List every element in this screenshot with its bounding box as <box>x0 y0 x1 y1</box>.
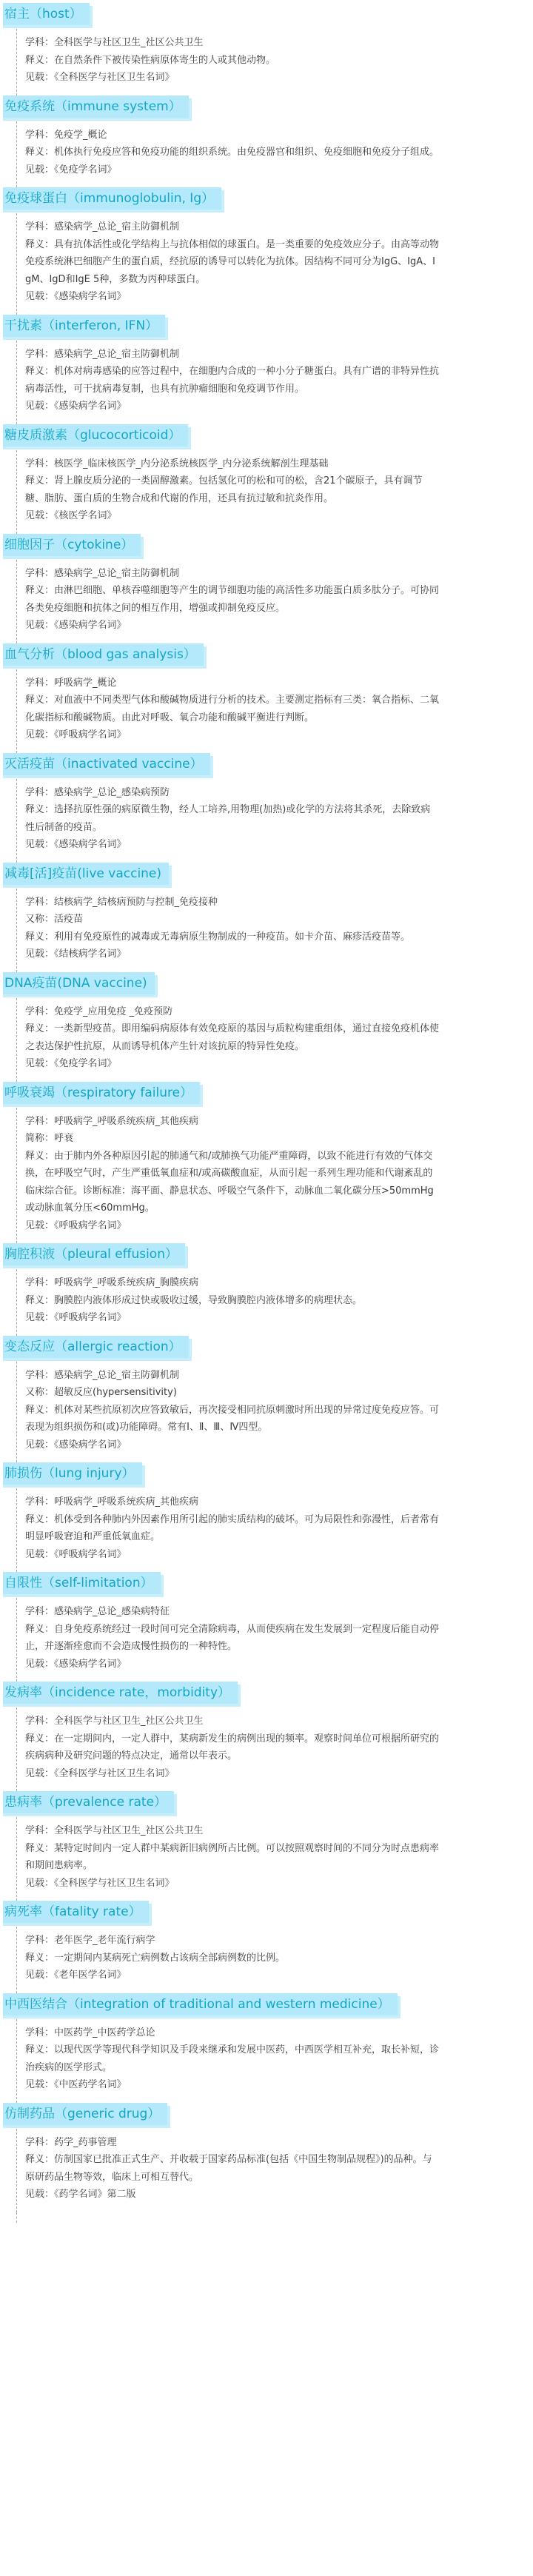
definition-line-label: 释义： <box>25 147 54 158</box>
definition-line: 释义：机体对病毒感染的应答过程中，在细胞内合成的一种小分子糖蛋白。具有广谱的非特… <box>25 363 440 398</box>
entry-body: 学科：感染病学_总论_宿主防御机制释义：具有抗体活性或化学结构上与抗体相似的球蛋… <box>16 210 533 315</box>
definition-line-label: 释义： <box>25 2154 54 2165</box>
source-line-value: 《感染病学名词》 <box>54 1439 127 1451</box>
term-highlight: DNA疫苗(DNA vaccine) <box>3 972 155 994</box>
source-line: 见载：《结核病学名词》 <box>25 946 440 963</box>
subject-line-label: 学科： <box>25 678 54 689</box>
source-line-label: 见载： <box>25 1439 54 1451</box>
definition-line: 释义：以现代医学等现代科学知识及手段来继承和发展中医药，中西医学相互补充，取长补… <box>25 2041 440 2076</box>
subject-line-label: 学科： <box>25 1370 54 1381</box>
subject-line: 学科：免疫学_应用免疫 _免疫预防 <box>25 1003 440 1021</box>
subject-line-value: 呼吸病学_呼吸系统疾病_其他疾病 <box>54 1116 198 1127</box>
definition-line-value: 由淋巴细胞、单核吞噬细胞等产生的调节细胞功能的高活性多功能蛋白质多肽分子。可协同… <box>25 585 439 614</box>
definition-line: 释义：一定期间内某病死亡病例数占该病全部病例数的比例。 <box>25 1950 440 1967</box>
subject-line-label: 学科： <box>25 1277 54 1288</box>
definition-line-label: 释义： <box>25 1295 54 1306</box>
subject-line-label: 学科： <box>25 349 54 360</box>
subject-line-label: 学科： <box>25 1935 54 1946</box>
term-heading[interactable]: 减毒[活]疫苗(live vaccine) <box>3 863 169 885</box>
definition-line-label: 释义： <box>25 1514 54 1525</box>
term-heading[interactable]: 患病率（prevalence rate） <box>3 1791 174 1813</box>
source-line-label: 见载： <box>25 72 54 83</box>
source-line: 见载：《感染病学名词》 <box>25 617 440 635</box>
subject-line: 学科：中医药学_中医药学总论 <box>25 2024 440 2042</box>
source-line-value: 《中医药学名词》 <box>54 2079 127 2090</box>
definition-line: 释义：利用有免疫原性的减毒或无毒病原生物制成的一种疫苗。如卡介苗、麻疹活疫苗等。 <box>25 929 440 946</box>
entry-body: 学科：药学_药事管理释义：仿制国家已批准正式生产、并收载于国家药品标准(包括《中… <box>16 2125 533 2212</box>
subject-line-value: 全科医学与社区卫生_社区公共卫生 <box>54 1716 204 1727</box>
term-heading[interactable]: 宿主（host） <box>3 3 90 25</box>
term-heading[interactable]: 糖皮质激素（glucocorticoid） <box>3 424 188 446</box>
subject-line-label: 学科： <box>25 1825 54 1836</box>
source-line-label: 见载： <box>25 510 54 521</box>
source-line-label: 见载： <box>25 1549 54 1560</box>
source-line-label: 见载： <box>25 2189 54 2200</box>
source-line-label: 见载： <box>25 164 54 175</box>
source-line-value: 《全科医学与社区卫生名词》 <box>54 1768 175 1779</box>
definition-line: 释义：自身免疫系统经过一段时间可完全清除病毒，从而使疾病在发生发展到一定程度后能… <box>25 1621 440 1656</box>
term-heading[interactable]: 呼吸衰竭（respiratory failure） <box>3 1082 200 1104</box>
term-highlight: 血气分析（blood gas analysis） <box>3 643 204 666</box>
definition-line-value: 在一定期间内，一定人群中，某病新发生的病例出现的频率。观察时间单位可根据所研究的… <box>25 1733 439 1762</box>
source-line-value: 《呼吸病学名词》 <box>54 729 127 740</box>
subject-line-value: 呼吸病学_呼吸系统疾病_其他疾病 <box>54 1496 198 1508</box>
definition-line-value: 对血液中不同类型气体和酸碱物质进行分析的技术。主要测定指标有三类：氧合指标、二氧… <box>25 695 439 723</box>
abbreviation-line-label: 简称： <box>25 1133 54 1144</box>
subject-line-label: 学科： <box>25 1006 54 1017</box>
subject-line: 学科：感染病学_总论_宿主防御机制 <box>25 565 440 583</box>
subject-line-value: 全科医学与社区卫生_社区公共卫生 <box>54 37 204 48</box>
abbreviation-line: 简称：呼衰 <box>25 1130 440 1148</box>
source-line-value: 《呼吸病学名词》 <box>54 1549 127 1560</box>
source-line-value: 《全科医学与社区卫生名词》 <box>54 1878 175 1889</box>
source-line: 见载：《免疫学名词》 <box>25 1055 440 1073</box>
source-line: 见载：《呼吸病学名词》 <box>25 1309 440 1327</box>
subject-line-label: 学科： <box>25 568 54 579</box>
subject-line-value: 药学_药事管理 <box>54 2137 117 2148</box>
subject-line-value: 老年医学_老年流行病学 <box>54 1935 155 1946</box>
definition-line-label: 释义： <box>25 1953 54 1964</box>
subject-line: 学科：感染病学_总论_宿主防御机制 <box>25 346 440 364</box>
source-line: 见载：《免疫学名词》 <box>25 161 440 179</box>
term-highlight: 自限性（self-limitation） <box>3 1572 161 1594</box>
source-line: 见载：《感染病学名词》 <box>25 398 440 415</box>
glossary-entry: 中西医结合（integration of traditional and wes… <box>0 1993 533 2103</box>
term-highlight: 仿制药品（generic drug） <box>3 2103 167 2125</box>
subject-line-label: 学科： <box>25 130 54 141</box>
source-line: 见载：《中医药学名词》 <box>25 2076 440 2094</box>
alias-line: 又称：活疫苗 <box>25 911 440 929</box>
source-line-label: 见载： <box>25 1970 54 1981</box>
source-line-value: 《免疫学名词》 <box>54 164 117 175</box>
definition-line-label: 释义： <box>25 1151 54 1162</box>
source-line: 见载：《感染病学名词》 <box>25 1436 440 1454</box>
term-heading[interactable]: DNA疫苗(DNA vaccine) <box>3 972 155 994</box>
glossary-entry: 自限性（self-limitation） 学科：感染病学_总论_感染病特征释义：… <box>0 1572 533 1682</box>
source-line-label: 见载： <box>25 620 54 631</box>
definition-line-label: 释义： <box>25 1023 54 1034</box>
definition-line: 释义：某特定时间内一定人群中某病新旧病例所占比例。可以按照观察时间的不同分为时点… <box>25 1840 440 1875</box>
alias-line-value: 超敏反应(hypersensitivity) <box>54 1387 177 1398</box>
subject-line-label: 学科： <box>25 221 54 232</box>
subject-line-label: 学科： <box>25 1716 54 1727</box>
definition-line-value: 一定期间内某病死亡病例数占该病全部病例数的比例。 <box>54 1953 285 1964</box>
source-line-label: 见载： <box>25 729 54 740</box>
subject-line-value: 感染病学_总论_宿主防御机制 <box>54 1370 179 1381</box>
term-heading[interactable]: 发病率（incidence rate，morbidity） <box>3 1682 238 1704</box>
definition-line-label: 释义： <box>25 55 54 66</box>
subject-line-label: 学科： <box>25 897 54 908</box>
glossary-entry: 仿制药品（generic drug） 学科：药学_药事管理释义：仿制国家已批准正… <box>0 2103 533 2212</box>
term-heading[interactable]: 自限性（self-limitation） <box>3 1572 161 1594</box>
definition-line-label: 释义： <box>25 366 54 377</box>
entry-body: 学科：感染病学_总论_感染病预防释义：选择抗原性强的病原微生物，经人工培养,用物… <box>16 775 533 863</box>
alias-line-label: 又称： <box>25 1387 54 1398</box>
definition-line-label: 释义： <box>25 475 54 486</box>
term-highlight: 灭活疫苗（inactivated vaccine） <box>3 753 210 775</box>
definition-line: 释义：机体受到各种肺内外因素作用所引起的肺实质结构的破坏。可为局限性和弥漫性，后… <box>25 1511 440 1546</box>
definition-line: 释义：具有抗体活性或化学结构上与抗体相似的球蛋白。是一类重要的免疫效应分子。由高… <box>25 236 440 289</box>
source-line-label: 见载： <box>25 291 54 302</box>
definition-line-value: 由于肺内外各种原因引起的肺通气和/或肺换气功能严重障碍，以致不能进行有效的气体交… <box>25 1151 434 1214</box>
entry-body: 学科：免疫学_概论释义：机体执行免疫应答和免疫功能的组织系统。由免疫器官和组织、… <box>16 118 533 188</box>
definition-line: 释义：由于肺内外各种原因引起的肺通气和/或肺换气功能严重障碍，以致不能进行有效的… <box>25 1148 440 1217</box>
glossary-entry: 变态反应（allergic reaction） 学科：感染病学_总论_宿主防御机… <box>0 1336 533 1463</box>
entry-body: 学科：全科医学与社区卫生_社区公共卫生释义：在自然条件下被传染性病原体寄生的人或… <box>16 25 533 96</box>
term-heading[interactable]: 灭活疫苗（inactivated vaccine） <box>3 753 210 775</box>
definition-line-label: 释义： <box>25 239 54 250</box>
subject-line: 学科：全科医学与社区卫生_社区公共卫生 <box>25 1713 440 1730</box>
definition-line: 释义：仿制国家已批准正式生产、并收载于国家药品标准(包括《中国生物制品规程》)的… <box>25 2151 440 2186</box>
subject-line-value: 中医药学_中医药学总论 <box>54 2027 155 2038</box>
subject-line-label: 学科： <box>25 37 54 48</box>
source-line: 见载：《全科医学与社区卫生名词》 <box>25 1875 440 1893</box>
definition-line-label: 释义： <box>25 585 54 596</box>
entry-body: 学科：结核病学_结核病预防与控制_免疫接种又称：活疫苗释义：利用有免疫原性的减毒… <box>16 885 533 972</box>
subject-line-value: 感染病学_总论_感染病预防 <box>54 787 170 798</box>
definition-line-value: 一类新型疫苗。即用编码病原体有效免疫原的基因与质粒构建重组体，通过直接免疫机体使… <box>25 1023 439 1052</box>
definition-line: 释义：对血液中不同类型气体和酸碱物质进行分析的技术。主要测定指标有三类：氧合指标… <box>25 692 440 726</box>
subject-line: 学科：核医学_临床核医学_内分泌系统核医学_内分泌系统解剖生理基础 <box>25 455 440 473</box>
subject-line: 学科：药学_药事管理 <box>25 2134 440 2152</box>
term-highlight: 糖皮质激素（glucocorticoid） <box>3 424 188 446</box>
subject-line-value: 全科医学与社区卫生_社区公共卫生 <box>54 1825 204 1836</box>
glossary-entry: 免疫球蛋白（immunoglobulin, Ig） 学科：感染病学_总论_宿主防… <box>0 187 533 315</box>
term-heading[interactable]: 免疫球蛋白（immunoglobulin, Ig） <box>3 187 221 210</box>
subject-line-value: 核医学_临床核医学_内分泌系统核医学_内分泌系统解剖生理基础 <box>54 458 329 469</box>
glossary-page: 宿主（host） 学科：全科医学与社区卫生_社区公共卫生释义：在自然条件下被传染… <box>0 0 533 2252</box>
term-highlight: 干扰素（interferon, IFN） <box>3 315 165 337</box>
subject-line-label: 学科： <box>25 1606 54 1617</box>
subject-line: 学科：呼吸病学_呼吸系统疾病_其他疾病 <box>25 1113 440 1131</box>
definition-line: 释义：胸膜腔内液体形成过快或吸收过缓，导致胸膜腔内液体增多的病理状态。 <box>25 1292 440 1310</box>
definition-line-value: 自身免疫系统经过一段时间可完全清除病毒，从而使疾病在发生发展到一定程度后能自动停… <box>25 1624 439 1653</box>
entry-body: 学科：呼吸病学_呼吸系统疾病_其他疾病简称：呼衰释义：由于肺内外各种原因引起的肺… <box>16 1104 533 1244</box>
glossary-entry: 肺损伤（lung injury） 学科：呼吸病学_呼吸系统疾病_其他疾病释义：机… <box>0 1462 533 1572</box>
subject-line: 学科：呼吸病学_呼吸系统疾病_胸膜疾病 <box>25 1274 440 1292</box>
entry-body: 学科：感染病学_总论_宿主防御机制释义：机体对病毒感染的应答过程中，在细胞内合成… <box>16 337 533 424</box>
entry-body: 学科：感染病学_总论_宿主防御机制又称：超敏反应(hypersensitivit… <box>16 1358 533 1463</box>
glossary-entry: 患病率（prevalence rate） 学科：全科医学与社区卫生_社区公共卫生… <box>0 1791 533 1901</box>
subject-line-value: 呼吸病学_呼吸系统疾病_胸膜疾病 <box>54 1277 198 1288</box>
subject-line-label: 学科： <box>25 787 54 798</box>
definition-line-value: 选择抗原性强的病原微生物，经人工培养,用物理(加热)或化学的方法将其杀死，去除致… <box>25 804 430 833</box>
term-highlight: 呼吸衰竭（respiratory failure） <box>3 1082 200 1104</box>
source-line-value: 《结核病学名词》 <box>54 949 127 960</box>
subject-line: 学科：全科医学与社区卫生_社区公共卫生 <box>25 34 440 52</box>
source-line-label: 见载： <box>25 1220 54 1231</box>
term-heading[interactable]: 仿制药品（generic drug） <box>3 2103 167 2125</box>
source-line: 见载：《核医学名词》 <box>25 507 440 525</box>
subject-line-value: 感染病学_总论_宿主防御机制 <box>54 349 179 360</box>
subject-line-value: 免疫学_概论 <box>54 130 107 141</box>
term-highlight: 肺损伤（lung injury） <box>3 1462 142 1485</box>
subject-line-label: 学科： <box>25 2027 54 2038</box>
source-line: 见载：《呼吸病学名词》 <box>25 726 440 744</box>
entry-body: 学科：中医药学_中医药学总论释义：以现代医学等现代科学知识及手段来继承和发展中医… <box>16 2015 533 2103</box>
subject-line-value: 免疫学_应用免疫 _免疫预防 <box>54 1006 172 1017</box>
entry-body: 学科：呼吸病学_呼吸系统疾病_其他疾病释义：机体受到各种肺内外因素作用所引起的肺… <box>16 1485 533 1572</box>
source-line-value: 《感染病学名词》 <box>54 1659 127 1670</box>
glossary-entry: 免疫系统（immune system） 学科：免疫学_概论释义：机体执行免疫应答… <box>0 96 533 188</box>
glossary-entry: 血气分析（blood gas analysis） 学科：呼吸病学_概论释义：对血… <box>0 643 533 753</box>
entry-body: 学科：免疫学_应用免疫 _免疫预防释义：一类新型疫苗。即用编码病原体有效免疫原的… <box>16 994 533 1082</box>
term-highlight: 减毒[活]疫苗(live vaccine) <box>3 863 169 885</box>
glossary-entry: 病死率（fatality rate） 学科：老年医学_老年流行病学释义：一定期间… <box>0 1901 533 1993</box>
definition-line-value: 机体对病毒感染的应答过程中，在细胞内合成的一种小分子糖蛋白。具有广谱的非特异性抗… <box>25 366 439 395</box>
source-line-label: 见载： <box>25 1768 54 1779</box>
entry-body: 学科：呼吸病学_概论释义：对血液中不同类型气体和酸碱物质进行分析的技术。主要测定… <box>16 666 533 753</box>
term-highlight: 患病率（prevalence rate） <box>3 1791 174 1813</box>
source-line-value: 《全科医学与社区卫生名词》 <box>54 72 175 83</box>
subject-line: 学科：感染病学_总论_宿主防御机制 <box>25 1367 440 1385</box>
glossary-entry: 胸腔积液（pleural effusion） 学科：呼吸病学_呼吸系统疾病_胸膜… <box>0 1243 533 1336</box>
glossary-entry: 减毒[活]疫苗(live vaccine) 学科：结核病学_结核病预防与控制_免… <box>0 863 533 972</box>
source-line-value: 《感染病学名词》 <box>54 291 127 302</box>
term-highlight: 细胞因子（cytokine） <box>3 534 141 556</box>
abbreviation-line-value: 呼衰 <box>54 1133 73 1144</box>
alias-line-label: 又称： <box>25 914 54 925</box>
glossary-entry: 发病率（incidence rate，morbidity） 学科：全科医学与社区… <box>0 1682 533 1791</box>
source-line-value: 《药学名词》第二版 <box>54 2189 136 2200</box>
definition-line-value: 胸膜腔内液体形成过快或吸收过缓，导致胸膜腔内液体增多的病理状态。 <box>54 1295 362 1306</box>
glossary-entry: 干扰素（interferon, IFN） 学科：感染病学_总论_宿主防御机制释义… <box>0 315 533 424</box>
subject-line: 学科：呼吸病学_概论 <box>25 675 440 692</box>
term-highlight: 变态反应（allergic reaction） <box>3 1336 189 1358</box>
definition-line: 释义：在一定期间内，一定人群中，某病新发生的病例出现的频率。观察时间单位可根据所… <box>25 1730 440 1765</box>
entry-body: 学科：感染病学_总论_宿主防御机制释义：由淋巴细胞、单核吞噬细胞等产生的调节细胞… <box>16 556 533 643</box>
source-line-value: 《感染病学名词》 <box>54 620 127 631</box>
source-line: 见载：《全科医学与社区卫生名词》 <box>25 1765 440 1783</box>
definition-line-value: 仿制国家已批准正式生产、并收载于国家药品标准(包括《中国生物制品规程》)的品种。… <box>25 2154 432 2183</box>
term-highlight: 免疫球蛋白（immunoglobulin, Ig） <box>3 187 221 210</box>
definition-line: 释义：肾上腺皮质分泌的一类固醇激素。包括氢化可的松和可的松，含21个碳原子，具有… <box>25 472 440 507</box>
subject-line: 学科：结核病学_结核病预防与控制_免疫接种 <box>25 894 440 911</box>
source-line: 见载：《感染病学名词》 <box>25 836 440 854</box>
glossary-entry: 灭活疫苗（inactivated vaccine） 学科：感染病学_总论_感染病… <box>0 753 533 863</box>
definition-line: 释义：机体执行免疫应答和免疫功能的组织系统。由免疫器官和组织、免疫细胞和免疫分子… <box>25 144 440 161</box>
source-line-value: 《老年医学名词》 <box>54 1970 127 1981</box>
term-highlight: 宿主（host） <box>3 3 90 25</box>
term-heading[interactable]: 血气分析（blood gas analysis） <box>3 643 204 666</box>
source-line-value: 《呼吸病学名词》 <box>54 1220 127 1231</box>
definition-line-value: 具有抗体活性或化学结构上与抗体相似的球蛋白。是一类重要的免疫效应分子。由高等动物… <box>25 239 439 285</box>
definition-line: 释义：机体对某些抗原初次应答致敏后，再次接受相同抗原刺激时所出现的异常过度免疫应… <box>25 1402 440 1436</box>
definition-line-label: 释义： <box>25 1405 54 1416</box>
subject-line-value: 呼吸病学_概论 <box>54 678 117 689</box>
source-line-value: 《免疫学名词》 <box>54 1058 117 1069</box>
source-line-value: 《呼吸病学名词》 <box>54 1312 127 1323</box>
definition-line: 释义：一类新型疫苗。即用编码病原体有效免疫原的基因与质粒构建重组体，通过直接免疫… <box>25 1020 440 1055</box>
source-line-value: 《核医学名词》 <box>54 510 117 521</box>
definition-line-value: 利用有免疫原性的减毒或无毒病原生物制成的一种疫苗。如卡介苗、麻疹活疫苗等。 <box>54 931 410 943</box>
glossary-entry: 呼吸衰竭（respiratory failure） 学科：呼吸病学_呼吸系统疾病… <box>0 1082 533 1244</box>
glossary-entry: 细胞因子（cytokine） 学科：感染病学_总论_宿主防御机制释义：由淋巴细胞… <box>0 534 533 643</box>
definition-line-label: 释义： <box>25 695 54 706</box>
subject-line-label: 学科： <box>25 458 54 469</box>
glossary-entry: 糖皮质激素（glucocorticoid） 学科：核医学_临床核医学_内分泌系统… <box>0 424 533 534</box>
alias-line: 又称：超敏反应(hypersensitivity) <box>25 1384 440 1402</box>
term-heading[interactable]: 免疫系统（immune system） <box>3 96 189 118</box>
term-highlight: 免疫系统（immune system） <box>3 96 189 118</box>
entry-body: 学科：呼吸病学_呼吸系统疾病_胸膜疾病释义：胸膜腔内液体形成过快或吸收过缓，导致… <box>16 1265 533 1336</box>
term-heading[interactable]: 细胞因子（cytokine） <box>3 534 141 556</box>
definition-line-label: 释义： <box>25 2044 54 2055</box>
definition-line-value: 肾上腺皮质分泌的一类固醇激素。包括氢化可的松和可的松，含21个碳原子，具有调节糖… <box>25 475 423 504</box>
entry-body: 学科：老年医学_老年流行病学释义：一定期间内某病死亡病例数占该病全部病例数的比例… <box>16 1923 533 1993</box>
source-line: 见载：《感染病学名词》 <box>25 1656 440 1673</box>
source-line: 见载：《感染病学名词》 <box>25 288 440 306</box>
source-line: 见载：《药学名词》第二版 <box>25 2186 440 2204</box>
definition-line: 释义：在自然条件下被传染性病原体寄生的人或其他动物。 <box>25 52 440 70</box>
term-heading[interactable]: 干扰素（interferon, IFN） <box>3 315 165 337</box>
source-line-label: 见载： <box>25 949 54 960</box>
subject-line-value: 感染病学_总论_宿主防御机制 <box>54 568 179 579</box>
source-line: 见载：《全科医学与社区卫生名词》 <box>25 69 440 87</box>
source-line-label: 见载： <box>25 401 54 412</box>
subject-line-label: 学科： <box>25 1116 54 1127</box>
source-line-value: 《感染病学名词》 <box>54 839 127 850</box>
definition-line-label: 释义： <box>25 1843 54 1854</box>
definition-line-label: 释义： <box>25 1733 54 1744</box>
definition-line-label: 释义： <box>25 1624 54 1635</box>
definition-line-value: 在自然条件下被传染性病原体寄生的人或其他动物。 <box>54 55 275 66</box>
source-line-label: 见载： <box>25 2079 54 2090</box>
definition-line-label: 释义： <box>25 804 54 815</box>
source-line-label: 见载： <box>25 839 54 850</box>
entry-body: 学科：全科医学与社区卫生_社区公共卫生释义：在一定期间内，一定人群中，某病新发生… <box>16 1704 533 1791</box>
term-highlight: 胸腔积液（pleural effusion） <box>3 1243 185 1265</box>
glossary-entry: DNA疫苗(DNA vaccine) 学科：免疫学_应用免疫 _免疫预防释义：一… <box>0 972 533 1082</box>
term-highlight: 中西医结合（integration of traditional and wes… <box>3 1993 398 2015</box>
subject-line: 学科：感染病学_总论_感染病特征 <box>25 1603 440 1621</box>
term-heading[interactable]: 肺损伤（lung injury） <box>3 1462 142 1485</box>
subject-line-label: 学科： <box>25 2137 54 2148</box>
subject-line-value: 结核病学_结核病预防与控制_免疫接种 <box>54 897 218 908</box>
subject-line: 学科：感染病学_总论_感染病预防 <box>25 784 440 802</box>
definition-line: 释义：由淋巴细胞、单核吞噬细胞等产生的调节细胞功能的高活性多功能蛋白质多肽分子。… <box>25 582 440 617</box>
definition-line-value: 机体执行免疫应答和免疫功能的组织系统。由免疫器官和组织、免疫细胞和免疫分子组成。 <box>54 147 439 158</box>
glossary-entry: 宿主（host） 学科：全科医学与社区卫生_社区公共卫生释义：在自然条件下被传染… <box>0 3 533 96</box>
term-highlight: 病死率（fatality rate） <box>3 1901 149 1923</box>
source-line: 见载：《呼吸病学名词》 <box>25 1546 440 1564</box>
subject-line-label: 学科： <box>25 1496 54 1508</box>
source-line-label: 见载： <box>25 1312 54 1323</box>
alias-line-value: 活疫苗 <box>54 914 83 925</box>
subject-line-value: 感染病学_总论_感染病特征 <box>54 1606 170 1617</box>
term-highlight: 发病率（incidence rate，morbidity） <box>3 1682 238 1704</box>
definition-line-value: 机体对某些抗原初次应答致敏后，再次接受相同抗原刺激时所出现的异常过度免疫应答。可… <box>25 1405 439 1433</box>
entry-body: 学科：核医学_临床核医学_内分泌系统核医学_内分泌系统解剖生理基础释义：肾上腺皮… <box>16 446 533 534</box>
subject-line: 学科：免疫学_概论 <box>25 127 440 144</box>
subject-line: 学科：全科医学与社区卫生_社区公共卫生 <box>25 1822 440 1840</box>
definition-line-value: 机体受到各种肺内外因素作用所引起的肺实质结构的破坏。可为局限性和弥漫性，后者常有… <box>25 1514 439 1543</box>
term-heading[interactable]: 胸腔积液（pleural effusion） <box>3 1243 185 1265</box>
definition-line-value: 以现代医学等现代科学知识及手段来继承和发展中医药，中西医学相互补充，取长补短，诊… <box>25 2044 439 2073</box>
source-line-label: 见载： <box>25 1058 54 1069</box>
source-line: 见载：《呼吸病学名词》 <box>25 1217 440 1235</box>
source-line: 见载：《老年医学名词》 <box>25 1967 440 1984</box>
entry-body: 学科：感染病学_总论_感染病特征释义：自身免疫系统经过一段时间可完全清除病毒，从… <box>16 1594 533 1682</box>
source-line-label: 见载： <box>25 1659 54 1670</box>
term-heading[interactable]: 变态反应（allergic reaction） <box>3 1336 189 1358</box>
source-line-value: 《感染病学名词》 <box>54 401 127 412</box>
subject-line: 学科：感染病学_总论_宿主防御机制 <box>25 218 440 236</box>
term-heading[interactable]: 病死率（fatality rate） <box>3 1901 149 1923</box>
term-heading[interactable]: 中西医结合（integration of traditional and wes… <box>3 1993 398 2015</box>
subject-line-value: 感染病学_总论_宿主防御机制 <box>54 221 179 232</box>
subject-line: 学科：呼吸病学_呼吸系统疾病_其他疾病 <box>25 1493 440 1511</box>
source-line-label: 见载： <box>25 1878 54 1889</box>
subject-line: 学科：老年医学_老年流行病学 <box>25 1932 440 1950</box>
definition-line-label: 释义： <box>25 931 54 943</box>
timeline-end <box>16 2212 533 2223</box>
definition-line: 释义：选择抗原性强的病原微生物，经人工培养,用物理(加热)或化学的方法将其杀死，… <box>25 801 440 836</box>
definition-line-value: 某特定时间内一定人群中某病新旧病例所占比例。可以按照观察时间的不同分为时点患病率… <box>25 1843 439 1872</box>
entry-body: 学科：全科医学与社区卫生_社区公共卫生释义：某特定时间内一定人群中某病新旧病例所… <box>16 1813 533 1901</box>
